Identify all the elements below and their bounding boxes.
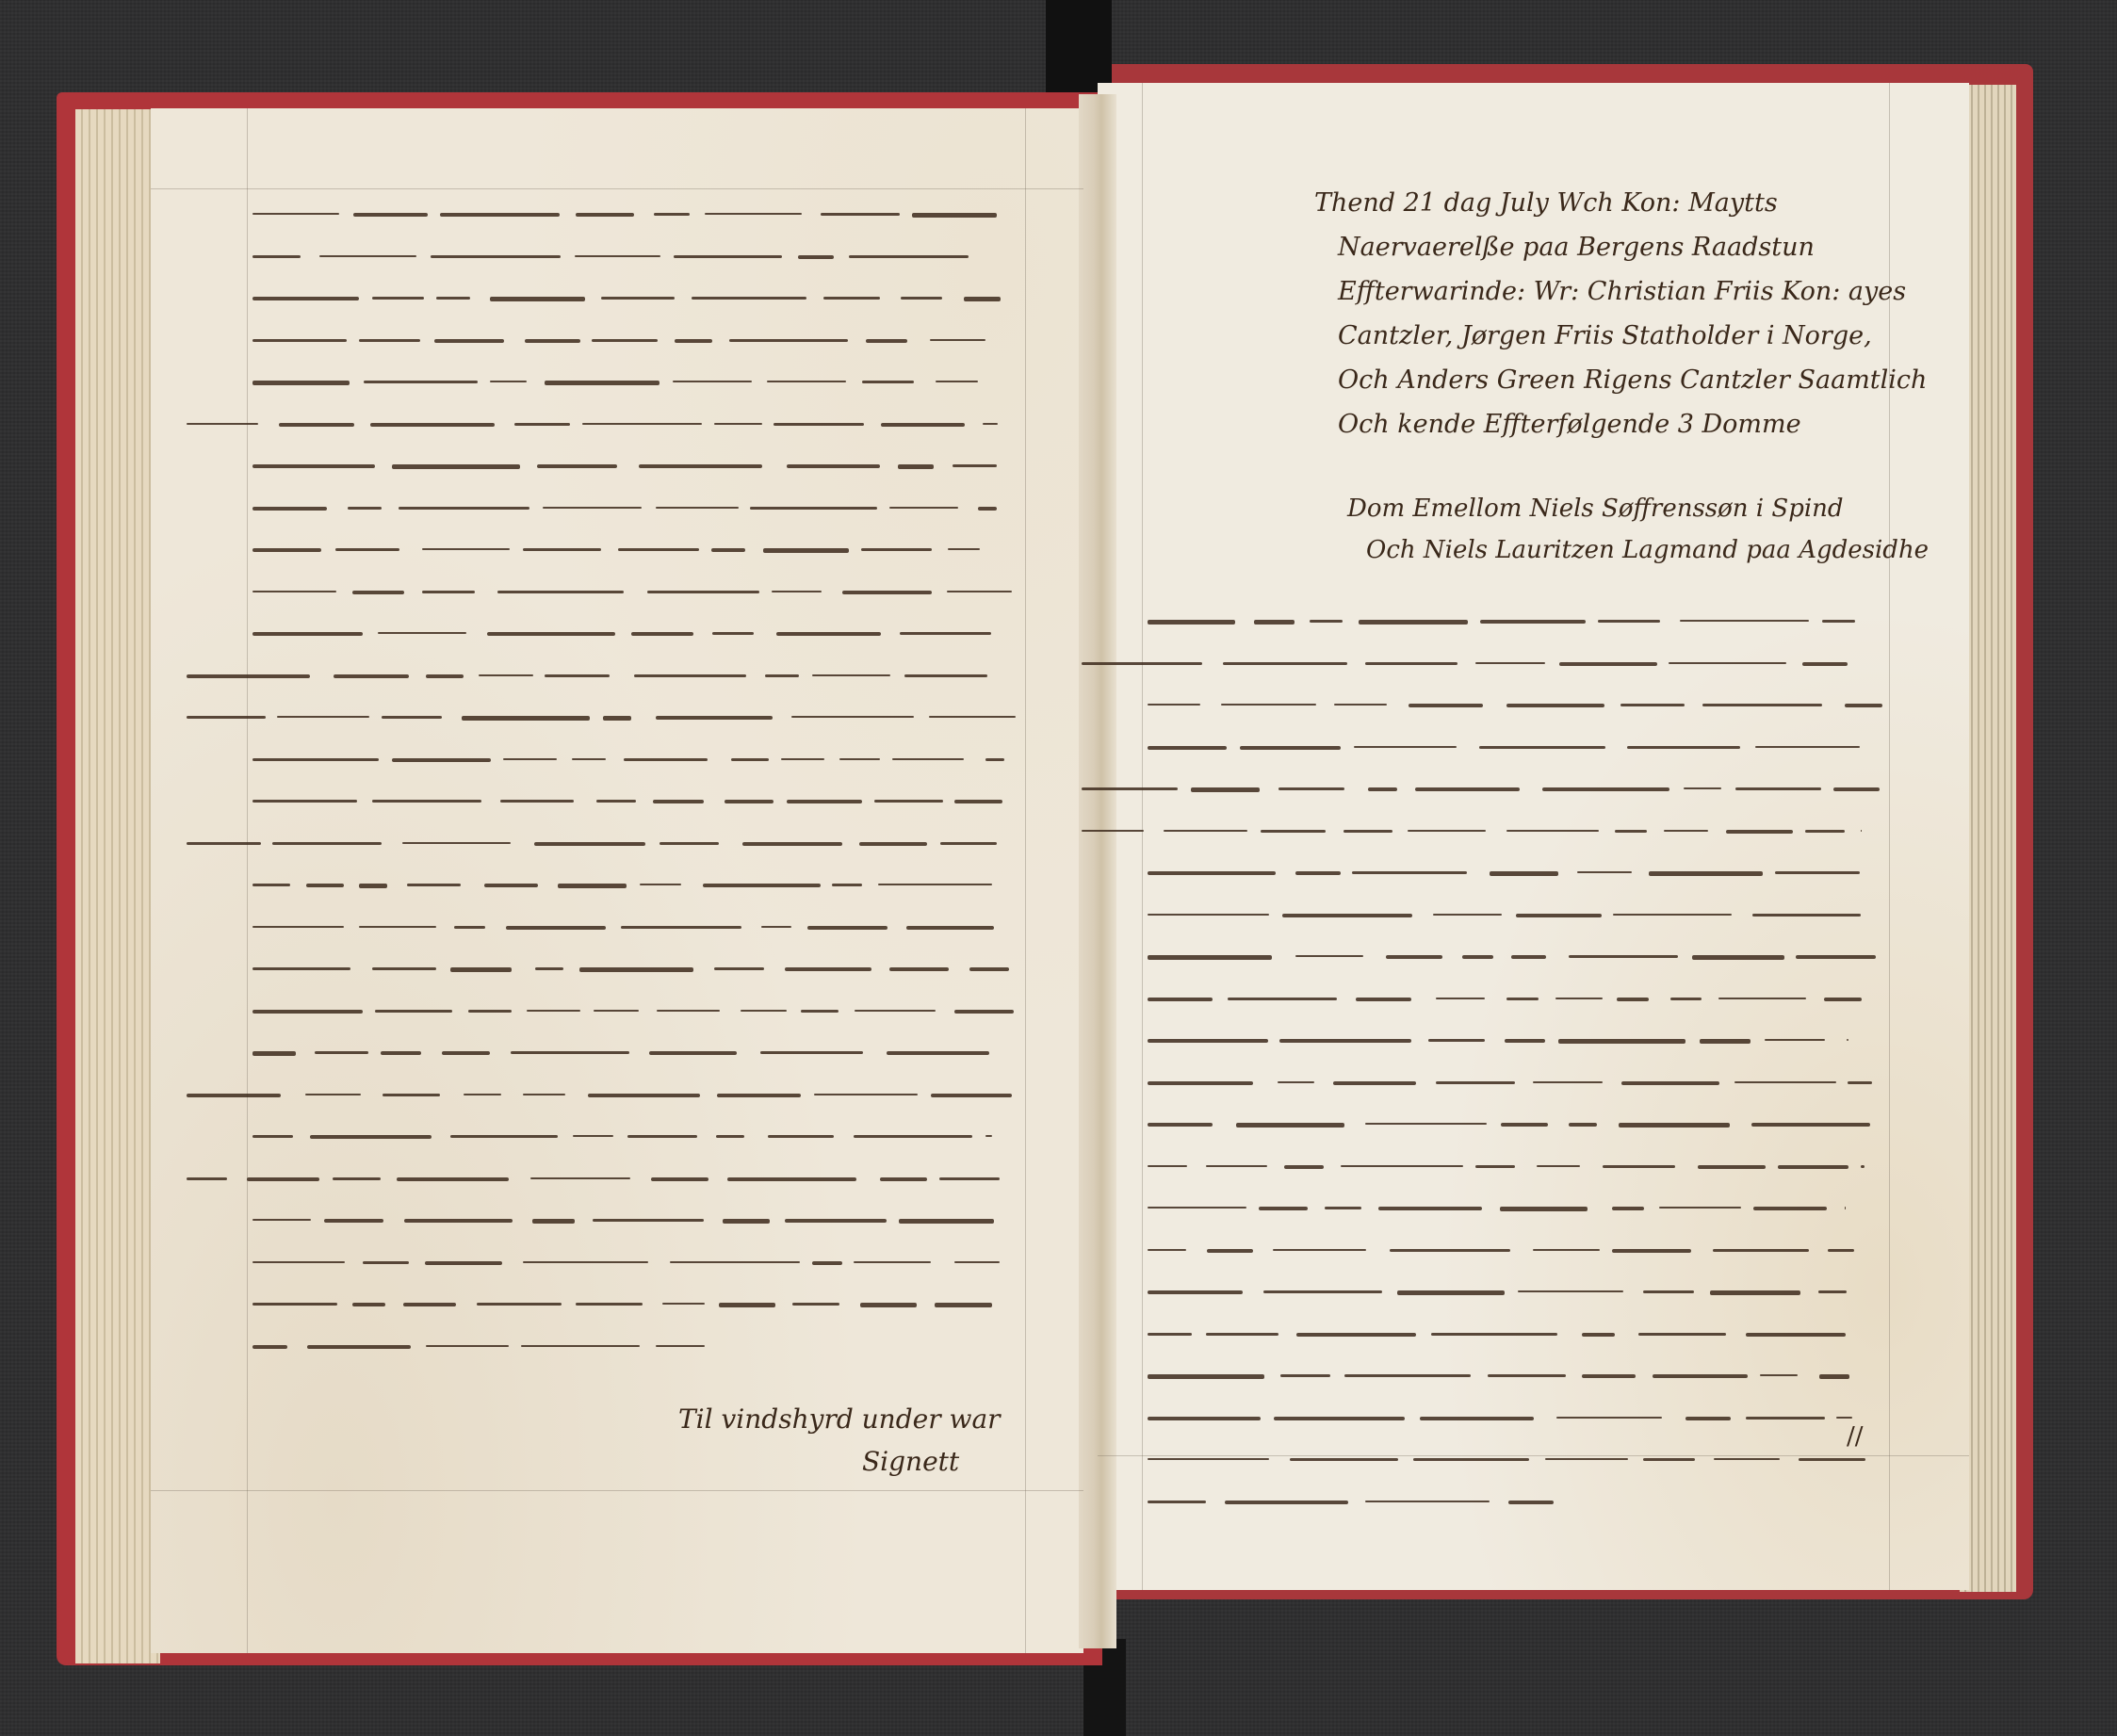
closing-phrase: Til vindshyrd under war (678, 1403, 1001, 1435)
handwritten-line (1148, 1484, 1882, 1526)
handwritten-line (252, 615, 1016, 657)
heading-line: Och kende Effterfølgende 3 Domme (1338, 410, 1801, 439)
heading-line: Och Anders Green Rigens Cantzler Saamtli… (1338, 365, 1927, 395)
handwritten-line (1148, 1106, 1882, 1148)
handwritten-line (1148, 897, 1882, 939)
handwritten-line (252, 1034, 1016, 1077)
left-bottom-rule (151, 1490, 1083, 1491)
left-right-margin-rule (1025, 108, 1026, 1653)
handwritten-line (252, 1202, 1016, 1244)
handwritten-line (252, 1286, 1016, 1328)
handwritten-line (1148, 1022, 1882, 1064)
end-mark: // (1847, 1422, 1864, 1451)
heading-line: Thend 21 dag July Wch Kon: Maytts (1314, 188, 1778, 218)
handwritten-line (1148, 771, 1882, 813)
heading-line: Effterwarinde: Wr: Christian Friis Kon: … (1338, 277, 1906, 306)
handwritten-line (1148, 1232, 1882, 1274)
handwritten-line (252, 825, 1016, 868)
handwritten-line (252, 657, 1016, 700)
handwritten-line (252, 867, 1016, 909)
heading-line: Naervaerelße paa Bergens Raadstun (1338, 233, 1815, 262)
handwritten-line (252, 574, 1016, 616)
handwritten-line (1148, 1400, 1882, 1442)
handwritten-line (1148, 729, 1882, 771)
handwritten-line (252, 447, 1016, 490)
handwritten-line (1148, 854, 1882, 897)
handwritten-line (252, 909, 1016, 951)
left-page-text (252, 196, 1016, 1370)
handwritten-line (1148, 645, 1882, 688)
handwritten-line (1148, 603, 1882, 645)
handwritten-line (252, 531, 1016, 574)
handwritten-line (252, 993, 1016, 1035)
right-right-margin-rule (1889, 83, 1890, 1590)
handwritten-line (252, 1244, 1016, 1287)
signature: Signett (862, 1446, 959, 1477)
handwritten-line (252, 1077, 1016, 1119)
handwritten-line (252, 196, 1016, 238)
section-title-line: Dom Emellom Niels Søffrenssøn i Spind (1347, 495, 1844, 523)
handwritten-line (1148, 1441, 1882, 1484)
handwritten-line (1148, 1148, 1882, 1191)
right-page-text (1148, 603, 1882, 1525)
heading-line: Cantzler, Jørgen Friis Statholder i Norg… (1338, 321, 1872, 350)
handwritten-line (252, 364, 1016, 406)
section-title-line: Och Niels Lauritzen Lagmand paa Agdesidh… (1366, 536, 1929, 564)
handwritten-line (252, 322, 1016, 365)
handwritten-line (252, 1328, 1016, 1371)
right-margin-rule (1142, 83, 1143, 1590)
handwritten-line (1148, 1316, 1882, 1358)
handwritten-line (252, 699, 1016, 741)
book-gutter (1079, 94, 1116, 1648)
handwritten-line (252, 741, 1016, 784)
handwritten-line (252, 280, 1016, 322)
left-page-edges (75, 109, 160, 1663)
handwritten-line (252, 406, 1016, 448)
handwritten-line (1148, 1064, 1882, 1107)
handwritten-line (252, 950, 1016, 993)
left-top-rule (151, 188, 1083, 189)
handwritten-line (252, 490, 1016, 532)
handwritten-line (1148, 687, 1882, 729)
handwritten-line (252, 238, 1016, 281)
handwritten-line (1148, 938, 1882, 981)
handwritten-line (1148, 813, 1882, 855)
handwritten-line (252, 783, 1016, 825)
left-margin-rule (247, 108, 248, 1653)
handwritten-line (1148, 981, 1882, 1023)
handwritten-line (1148, 1274, 1882, 1316)
handwritten-line (252, 1160, 1016, 1203)
handwritten-line (1148, 1190, 1882, 1232)
handwritten-line (252, 1118, 1016, 1160)
handwritten-line (1148, 1357, 1882, 1400)
